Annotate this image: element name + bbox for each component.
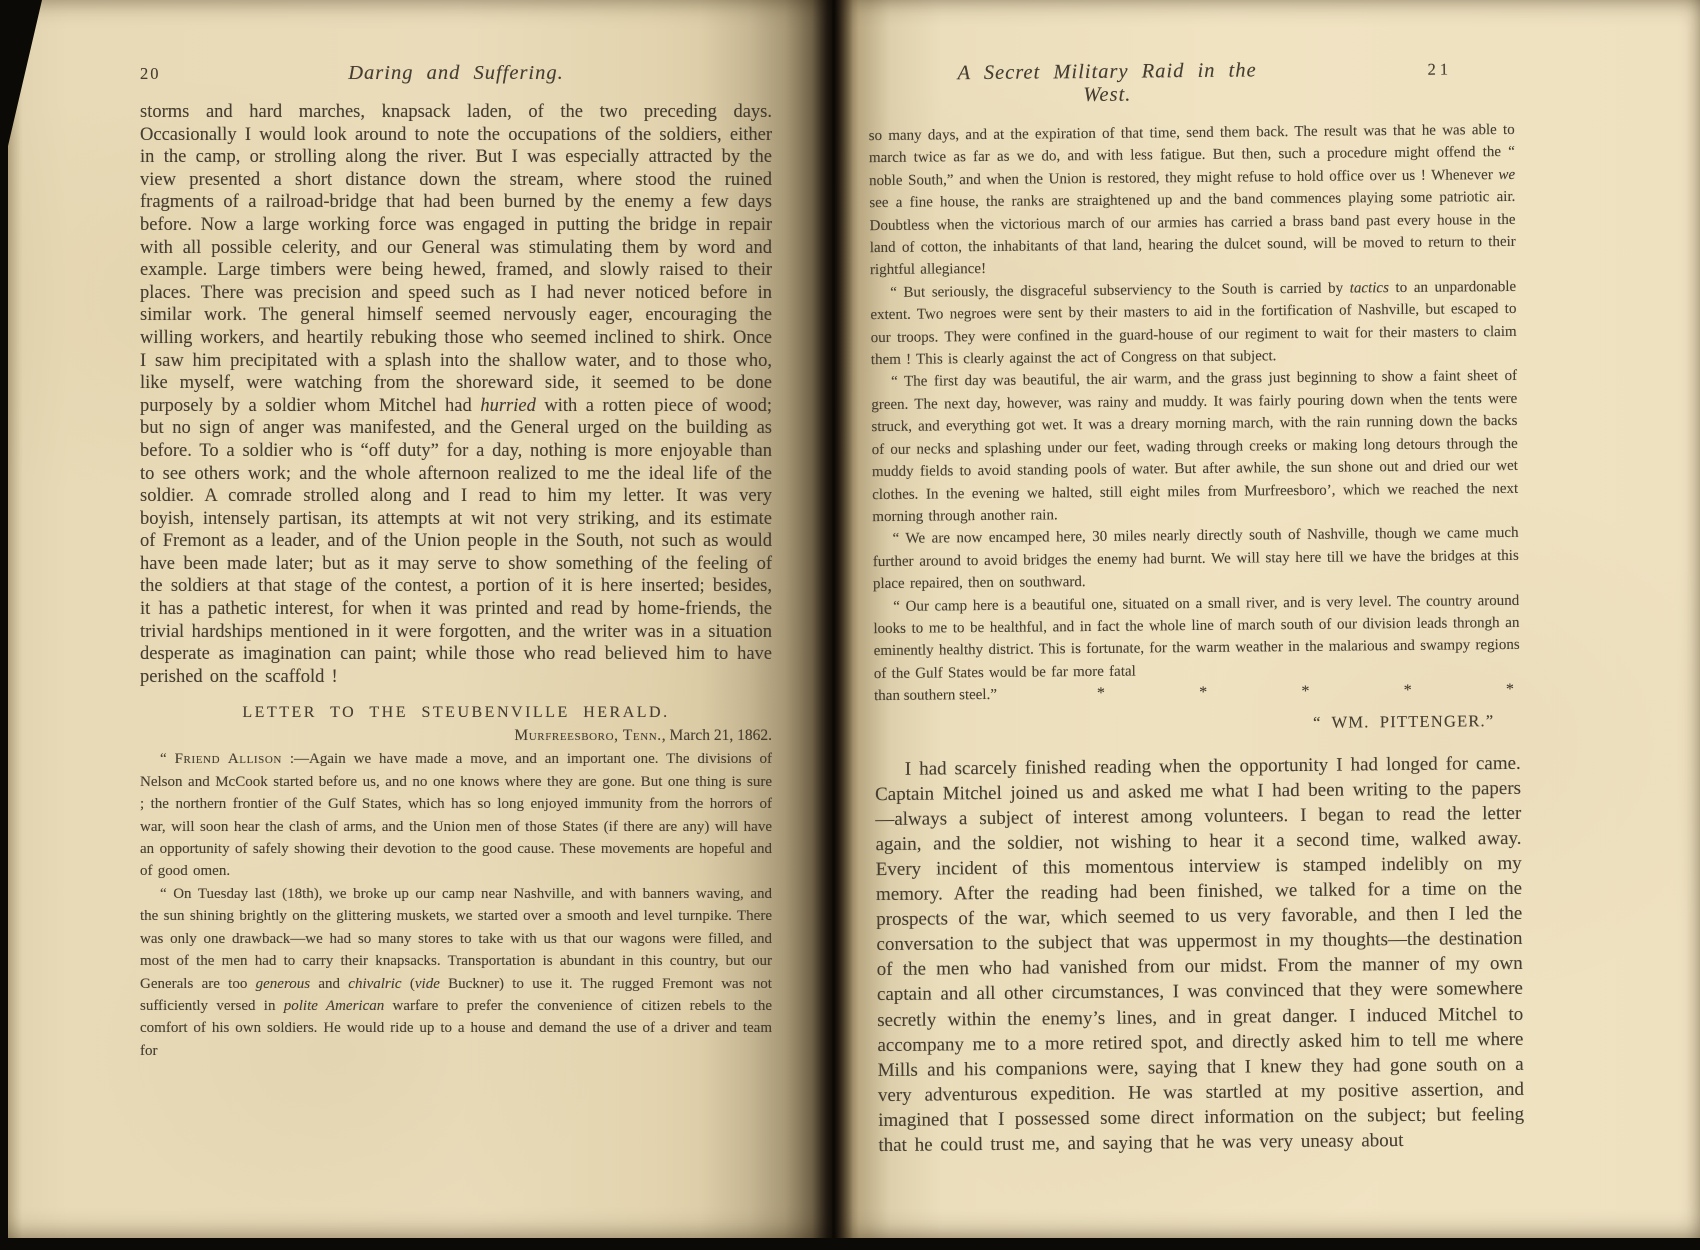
asterisk: * xyxy=(1199,682,1207,704)
letter-signature: “ WM. PITTENGER.” xyxy=(874,710,1520,736)
asterisk-row: ***** xyxy=(997,679,1520,706)
header-spacer xyxy=(868,79,938,80)
letter-dateline: Murfreesboro, Tenn., March 21, 1862. xyxy=(140,727,772,745)
paragraph: “ But seriously, the disgraceful subserv… xyxy=(870,276,1517,372)
asterisk: * xyxy=(1097,683,1105,705)
paragraph: “ We are now encamped here, 30 miles nea… xyxy=(872,522,1519,595)
asterisk: * xyxy=(1404,680,1412,702)
letter-last-line-text: than southern steel.” xyxy=(874,684,997,708)
paragraph: “ Our camp here is a beautiful one, situ… xyxy=(873,589,1520,685)
right-letter-body: so many days, and at the expiration of t… xyxy=(869,119,1520,685)
paragraph: I had scarcely finished reading when the… xyxy=(875,750,1525,1158)
paragraph: storms and hard marches, knapsack laden,… xyxy=(140,101,772,688)
left-page-number: 20 xyxy=(140,64,210,84)
right-page-closing-body: I had scarcely finished reading when the… xyxy=(875,750,1525,1158)
left-page: 20 Daring and Suffering. storms and hard… xyxy=(8,0,832,1238)
left-running-title: Daring and Suffering. xyxy=(210,62,702,85)
left-page-body: storms and hard marches, knapsack laden,… xyxy=(140,101,772,688)
left-letter-body: “ Friend Allison :—Again we have made a … xyxy=(140,748,772,1062)
paragraph: so many days, and at the expiration of t… xyxy=(869,119,1516,282)
asterisk: * xyxy=(1506,679,1514,701)
paragraph: “ On Tuesday last (18th), we broke up ou… xyxy=(140,883,772,1062)
paragraph: “ Friend Allison :—Again we have made a … xyxy=(140,748,772,882)
right-running-title: A Secret Military Raid in the West. xyxy=(938,59,1322,109)
left-running-header-row: 20 Daring and Suffering. xyxy=(140,62,772,85)
asterisk: * xyxy=(1301,681,1309,703)
letter-last-line: than southern steel.” ***** xyxy=(874,679,1520,708)
right-page: A Secret Military Raid in the West. 21 s… xyxy=(832,0,1700,1238)
right-page-number: 21 xyxy=(1322,59,1514,81)
right-page-text: A Secret Military Raid in the West. 21 s… xyxy=(868,57,1524,1158)
left-page-text: 20 Daring and Suffering. storms and hard… xyxy=(140,62,772,1062)
letter-heading: LETTER TO THE STEUBENVILLE HERALD. xyxy=(140,704,772,722)
right-running-header-row: A Secret Military Raid in the West. 21 xyxy=(868,57,1514,109)
paragraph: Murfreesboro, Tenn., March 21, 1862. xyxy=(140,727,772,745)
paragraph: “ The first day was beautiful, the air w… xyxy=(871,365,1518,528)
book-scan: 20 Daring and Suffering. storms and hard… xyxy=(0,0,1700,1250)
